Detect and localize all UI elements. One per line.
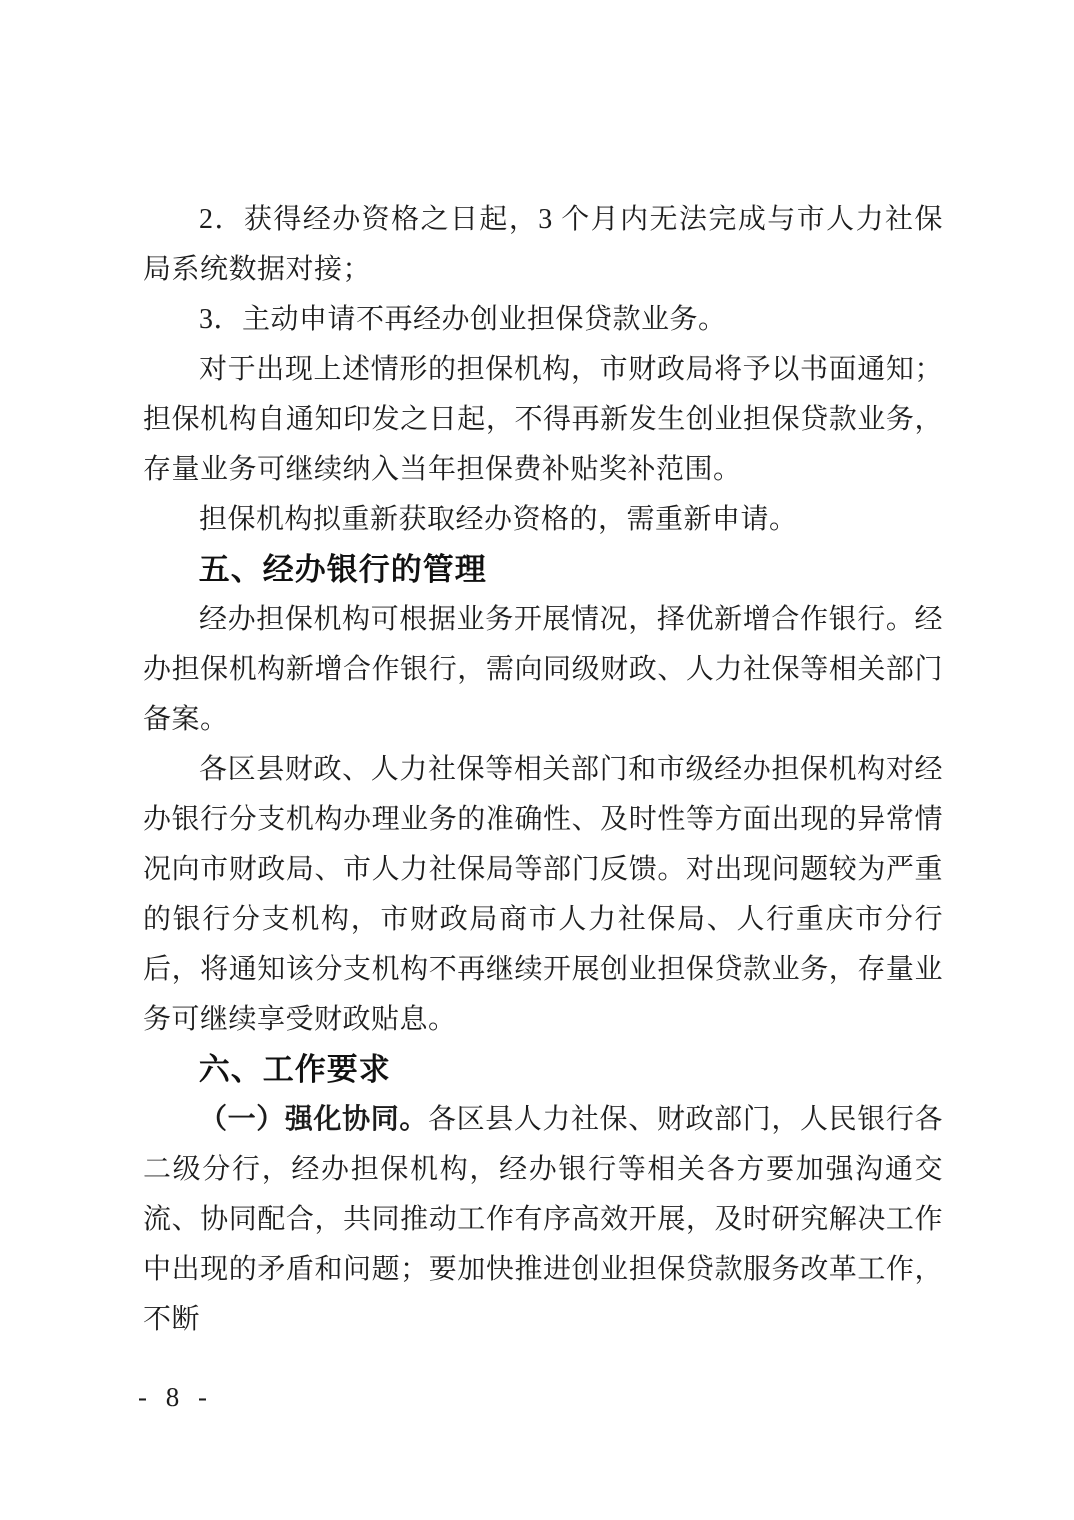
paragraph-lead-rest: 各区县人力社保、财政部门，人民银行各二级分行，经办担保机构，经办银行等相关各方要… xyxy=(143,1104,943,1335)
body-paragraph-bank-add: 经办担保机构可根据业务开展情况，择优新增合作银行。经办担保机构新增合作银行，需向… xyxy=(143,595,943,745)
body-paragraph-bank-feedback: 各区县财政、人力社保等相关部门和市级经办担保机构对经办银行分支机构办理业务的准确… xyxy=(143,745,943,1045)
body-paragraph-reapply: 担保机构拟重新获取经办资格的，需重新申请。 xyxy=(143,495,943,545)
section-heading-5: 五、经办银行的管理 xyxy=(143,545,943,595)
page-number: - 8 - xyxy=(138,1381,213,1413)
document-page: 2．获得经办资格之日起，3 个月内无法完成与市人力社保局系统数据对接； 3．主动… xyxy=(0,0,1074,1520)
section-heading-6: 六、工作要求 xyxy=(143,1045,943,1095)
body-paragraph-notice: 对于出现上述情形的担保机构，市财政局将予以书面通知；担保机构自通知印发之日起，不… xyxy=(143,345,943,495)
list-item-3: 3．主动申请不再经办创业担保贷款业务。 xyxy=(143,295,943,345)
body-paragraph-coordination: （一）强化协同。各区县人力社保、财政部门，人民银行各二级分行，经办担保机构，经办… xyxy=(143,1095,943,1345)
document-body: 2．获得经办资格之日起，3 个月内无法完成与市人力社保局系统数据对接； 3．主动… xyxy=(143,195,943,1345)
list-item-2: 2．获得经办资格之日起，3 个月内无法完成与市人力社保局系统数据对接； xyxy=(143,195,943,295)
paragraph-lead-bold: （一）强化协同。 xyxy=(199,1104,428,1135)
